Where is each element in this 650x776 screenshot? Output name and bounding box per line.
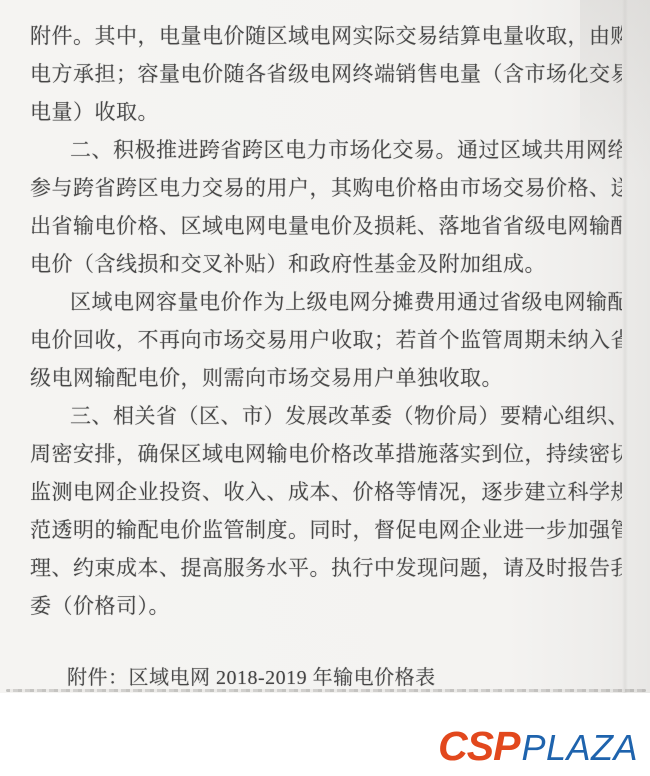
text-line: 周密安排，确保区域电网输电价格改革措施落实到位，持续密切 <box>30 435 622 473</box>
text-line: 范透明的输配电价监管制度。同时，督促电网企业进一步加强管 <box>30 511 622 549</box>
text-line: 附件。其中，电量电价随区域电网实际交易结算电量收取，由购 <box>30 17 622 55</box>
text-line: 电量）收取。 <box>30 93 622 131</box>
plaza-logo-text: PLAZA <box>521 730 638 766</box>
scanned-document-page: 附件。其中，电量电价随区域电网实际交易结算电量收取，由购电方承担；容量电价随各省… <box>0 0 650 776</box>
csp-logo-text: CSP <box>438 726 519 767</box>
text-line: 二、积极推进跨省跨区电力市场化交易。通过区域共用网络 <box>30 131 622 169</box>
text-line: 三、相关省（区、市）发展改革委（物价局）要精心组织、 <box>30 397 622 435</box>
text-line: 电方承担；容量电价随各省级电网终端销售电量（含市场化交易 <box>30 55 622 93</box>
csp-plaza-logo: CSP PLAZA <box>438 726 638 767</box>
text-line: 参与跨省跨区电力交易的用户，其购电价格由市场交易价格、送 <box>30 169 622 207</box>
text-line: 理、约束成本、提高服务水平。执行中发现问题，请及时报告我 <box>30 549 622 587</box>
attachment-reference-line: 附件：区域电网 2018-2019 年输电价格表 <box>30 659 622 697</box>
text-line: 级电网输配电价，则需向市场交易用户单独收取。 <box>30 359 622 397</box>
text-line: 电价（含线损和交叉补贴）和政府性基金及附加组成。 <box>30 245 622 283</box>
text-line: 监测电网企业投资、收入、成本、价格等情况，逐步建立科学规 <box>30 473 622 511</box>
text-line: 出省输电价格、区域电网电量电价及损耗、落地省省级电网输配 <box>30 207 622 245</box>
text-line: 电价回收，不再向市场交易用户收取；若首个监管周期未纳入省 <box>30 321 622 359</box>
document-body: 附件。其中，电量电价随区域电网实际交易结算电量收取，由购电方承担；容量电价随各省… <box>30 0 622 697</box>
text-line: 区域电网容量电价作为上级电网分摊费用通过省级电网输配 <box>30 283 622 321</box>
text-line: 委（价格司）。 <box>30 587 622 625</box>
